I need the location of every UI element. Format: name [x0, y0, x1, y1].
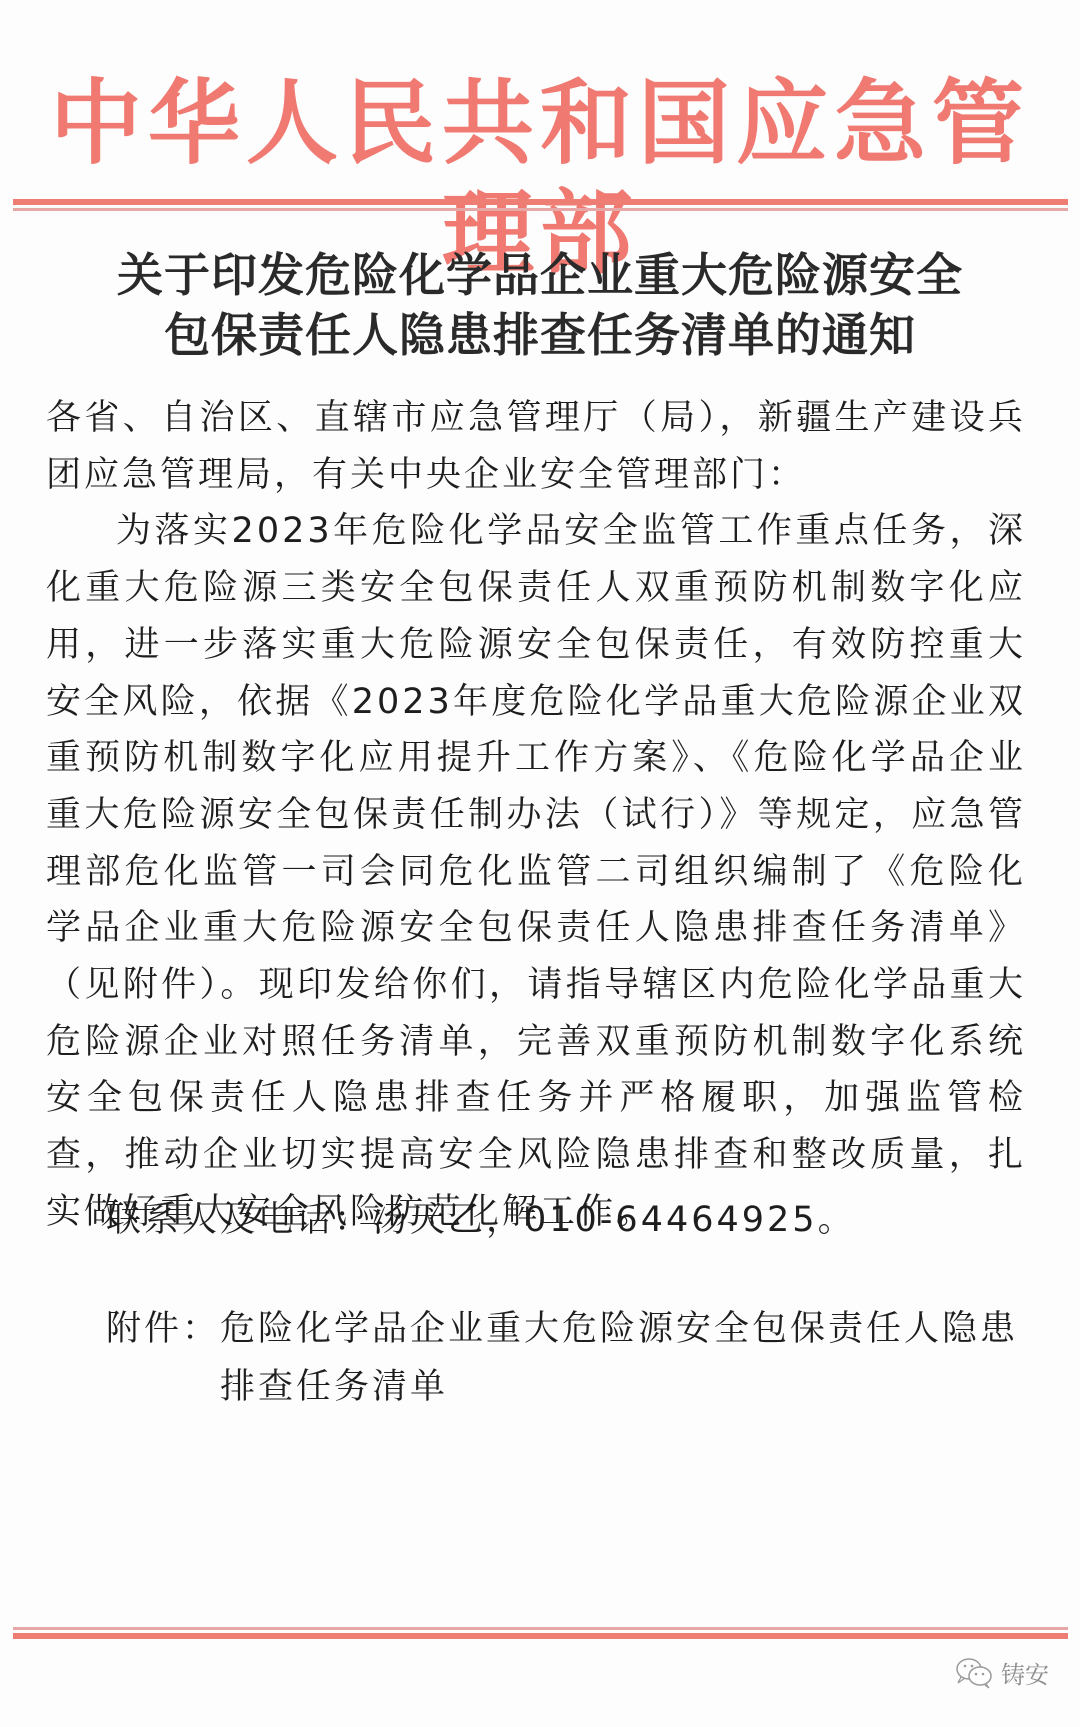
document-body: 各省、自治区、直辖市应急管理厅（局），新疆生产建设兵团应急管理局，有关中央企业安… — [46, 390, 1026, 1241]
watermark-text: 铸安 — [1001, 1655, 1049, 1690]
footer-rule-thick — [13, 1633, 1068, 1639]
attachment-line: 附件： 危险化学品企业重大危险源安全包保责任人隐患排查任务清单 — [106, 1300, 1026, 1416]
document-title-line-1: 关于印发危险化学品企业重大危险源安全 — [60, 245, 1020, 305]
attachment-text: 危险化学品企业重大危险源安全包保责任人隐患排查任务清单 — [220, 1300, 1026, 1416]
watermark: 铸安 — [955, 1655, 1049, 1690]
body-paragraph: 为落实2023年危险化学品安全监管工作重点任务，深化重大危险源三类安全包保责任人… — [46, 503, 1026, 1240]
salutation: 各省、自治区、直辖市应急管理厅（局），新疆生产建设兵团应急管理局，有关中央企业安… — [46, 390, 1026, 503]
footer-rule-thin — [13, 1627, 1068, 1630]
attachment-label: 附件： — [106, 1300, 220, 1416]
contact-line: 联系人及电话：汤天乙，010-64464925。 — [106, 1192, 856, 1248]
document-page: 中华人民共和国应急管理部 关于印发危险化学品企业重大危险源安全 包保责任人隐患排… — [0, 0, 1080, 1727]
masthead-rule-thick — [13, 199, 1068, 205]
document-title: 关于印发危险化学品企业重大危险源安全 包保责任人隐患排查任务清单的通知 — [60, 245, 1020, 365]
document-title-line-2: 包保责任人隐患排查任务清单的通知 — [60, 305, 1020, 365]
wechat-icon — [955, 1657, 995, 1689]
masthead-rule-thin — [13, 208, 1068, 211]
